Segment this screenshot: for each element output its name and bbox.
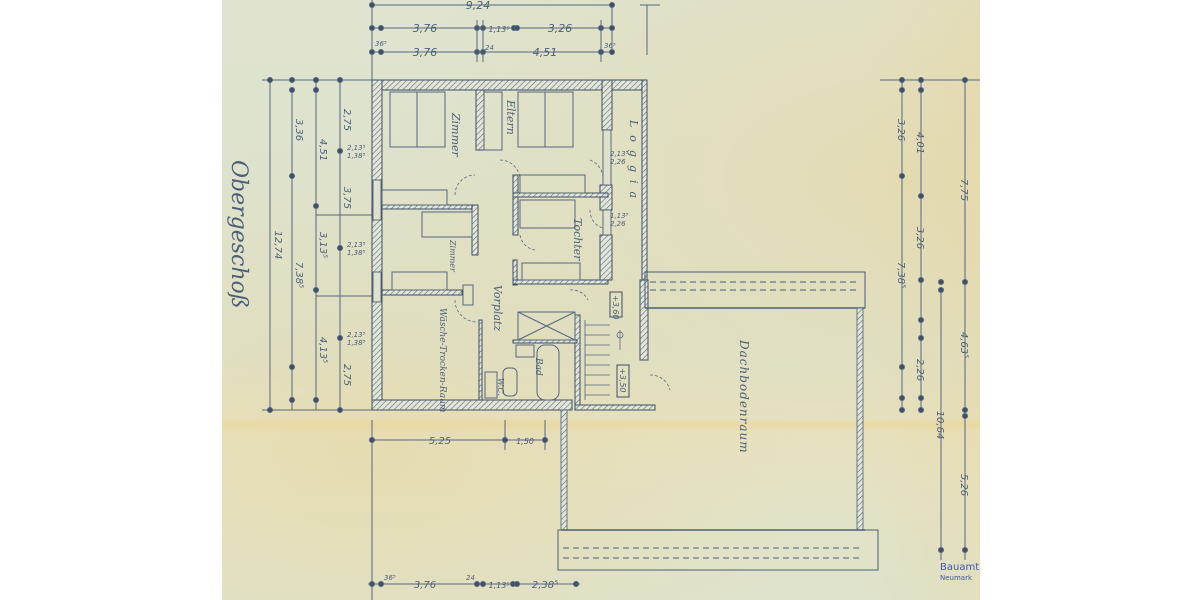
overall-depth: 12,74 [272, 231, 283, 260]
dim: 5,26 [958, 474, 969, 496]
dim: 1,13⁵ [488, 25, 509, 34]
dim: 3,26 [914, 227, 925, 249]
overall-width: 9,24 [466, 0, 491, 12]
room-label-wc: W.C. [496, 378, 505, 396]
drawing-title: Obergeschoß [226, 160, 251, 308]
room-label-vorplatz: Vorplatz [491, 285, 504, 331]
room-label-tochter: Tochter [571, 218, 584, 261]
dim: 3,13⁵ [317, 232, 328, 258]
room-label-dachboden: Dachbodenraum [737, 339, 751, 454]
window-dim: 1,13⁵ [610, 212, 629, 220]
dim: 4,51 [533, 46, 558, 59]
floor-plan-drawing: 9,24 3,76 1,13⁵ 3,26 3,76 4,51 36⁵ 24 36… [222, 0, 980, 600]
right-dimension-labels: 3,26 7,38⁵ 4,01 3,26 2,26 7,75 4,63⁵ 5,2… [895, 119, 969, 496]
dim: 3,75 [341, 187, 352, 209]
room-label-eltern: Eltern [504, 99, 517, 135]
dim: 2,26 [914, 359, 925, 381]
dim: 3,76 [413, 22, 438, 35]
level-lower: +3,50 [618, 368, 627, 393]
dim: 3,76 [413, 46, 438, 59]
dim: 7,38⁵ [293, 262, 304, 288]
dim: 3,26 [895, 119, 906, 141]
dim: 24 [466, 574, 475, 582]
dim: 36⁵ [384, 574, 396, 582]
dim: 2,75 [341, 364, 352, 386]
stamp-line-1: Bauamt [940, 562, 979, 573]
authority-stamp: Bauamt Neumark [940, 562, 979, 584]
dim: 36⁵ [604, 42, 616, 50]
dim: 2,38⁵ [532, 580, 558, 591]
dim: 4,13⁵ [317, 337, 328, 363]
top-dimensions [370, 0, 661, 80]
top-dimension-labels: 9,24 3,76 1,13⁵ 3,26 3,76 4,51 36⁵ 24 36… [375, 0, 616, 59]
dim: 3,26 [548, 22, 573, 35]
dim: 2,75 [341, 109, 352, 131]
window-dim: 1,38⁵ [347, 152, 366, 160]
dim: 7,38⁵ [895, 262, 906, 288]
window-dim: 2,13⁵ [347, 331, 366, 339]
dim: 5,25 [429, 436, 451, 447]
level-upper: +3,60 [611, 295, 620, 320]
room-label-zimmer-2: Zimmer [448, 239, 457, 273]
level-markers: +3,60 +3,50 [610, 292, 629, 397]
dim: 7,75 [958, 179, 969, 201]
dim: 1,50 [516, 437, 534, 446]
dim: 3,76 [414, 580, 436, 591]
window-dim: 1,38⁵ [347, 339, 366, 347]
room-label-waesche: Wäsche-Trocken-Raum [437, 308, 447, 412]
room-label-zimmer: Zimmer [449, 112, 462, 158]
lower-dimensions [368, 420, 580, 600]
window-dim: 2,13⁵ [347, 144, 366, 152]
dim: 36⁵ [375, 40, 387, 48]
window-dim: 2,13⁵ [610, 150, 629, 158]
lower-dimension-labels: 5,25 1,50 36⁵ 3,76 24 1,13⁵ 2,38⁵ [384, 436, 558, 591]
window-dim: 1,38⁵ [347, 249, 366, 257]
room-label-bad: Bad [533, 357, 543, 376]
attic-space [558, 272, 878, 570]
dim: 4,63⁵ [958, 332, 969, 358]
dim: 4,01 [914, 132, 925, 154]
room-label-loggia: Loggia [627, 119, 640, 206]
dim: 4,51 [317, 139, 328, 161]
window-dim: 2,13⁵ [347, 241, 366, 249]
furniture [382, 92, 585, 400]
dim: 10,64 [934, 411, 945, 440]
stamp-line-2: Neumark [940, 573, 979, 584]
window-dim: 2,26 [610, 158, 626, 166]
dim: 3,36 [293, 119, 304, 141]
left-dimension-labels: 12,74 3,36 7,38⁵ 4,51 3,13⁵ 4,13⁵ 2,75 3… [272, 109, 366, 386]
floor-plan-sheet: 9,24 3,76 1,13⁵ 3,26 3,76 4,51 36⁵ 24 36… [222, 0, 980, 600]
dim: 1,13⁵ [488, 581, 509, 590]
window-dim: 2,26 [610, 220, 626, 228]
dim: 24 [485, 44, 494, 52]
